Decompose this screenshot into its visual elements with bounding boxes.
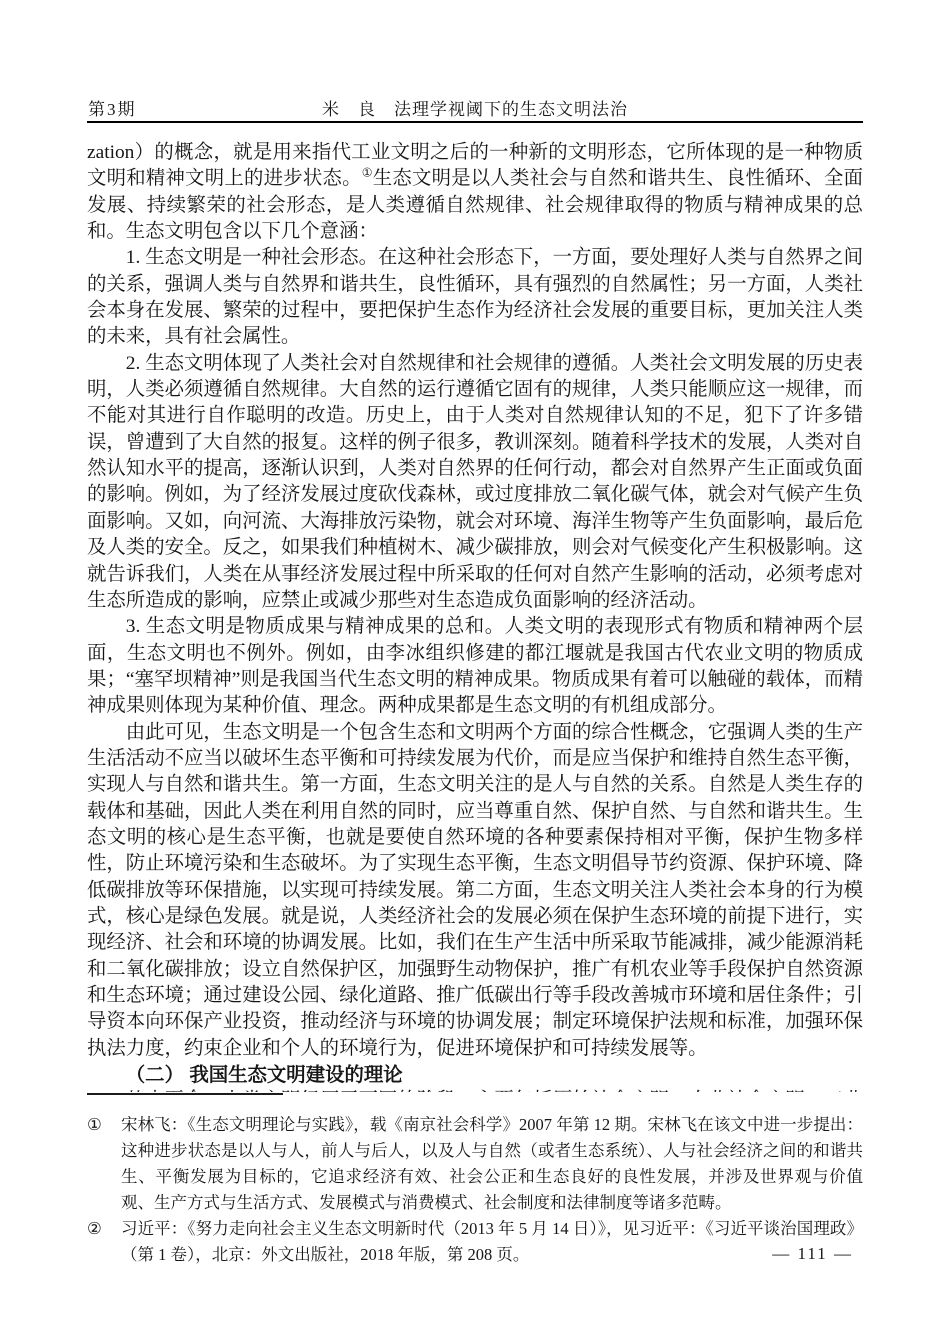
closing-paragraph: 从古至今，人类文明经历了不同的阶段，主要包括原始社会文明、农业社会文明、工业社会… bbox=[87, 1088, 863, 1092]
article-body: zation）的概念，就是用来指代工业文明之后的一种新的文明形态，它所体现的是一… bbox=[87, 140, 863, 1092]
running-head: 米 良 法理学视阈下的生态文明法治 bbox=[0, 95, 950, 120]
footnote-text: 宋林飞：《生态文明理论与实践》，载《南京社会科学》2007 年第 12 期。宋林… bbox=[121, 1112, 863, 1216]
paragraph-text: 从古至今，人类文明经历了不同的阶段，主要包括原始社会文明、农业社会文明、工业社会… bbox=[87, 1090, 863, 1092]
page-number: — 111 — bbox=[772, 1244, 853, 1264]
section-heading: （二） 我国生态文明建设的理论 bbox=[87, 1062, 863, 1088]
numbered-item-1: 1. 生态文明是一种社会形态。在这种社会形态下，一方面，要处理好人类与自然界之间… bbox=[87, 245, 863, 350]
footnote-ref-1: ① bbox=[362, 166, 373, 180]
footnote-marker: ① bbox=[87, 1112, 121, 1138]
numbered-item-3: 3. 生态文明是物质成果与精神成果的总和。人类文明的表现形式有物质和精神两个层面… bbox=[87, 614, 863, 719]
summary-paragraph: 由此可见，生态文明是一个包含生态和文明两个方面的综合性概念，它强调人类的生产生活… bbox=[87, 720, 863, 1062]
footnote-separator-rule bbox=[87, 1093, 283, 1095]
numbered-item-2: 2. 生态文明体现了人类社会对自然规律和社会规律的遵循。人类社会文明发展的历史表… bbox=[87, 351, 863, 614]
header-rule bbox=[87, 121, 863, 123]
footnote-marker: ② bbox=[87, 1216, 121, 1242]
document-page: 第3期 米 良 法理学视阈下的生态文明法治 zation）的概念，就是用来指代工… bbox=[0, 0, 950, 1344]
footnote-item-2: ② 习近平：《努力走向社会主义生态文明新时代（2013 年 5 月 14 日）》… bbox=[87, 1216, 863, 1268]
paragraph-continuation: zation）的概念，就是用来指代工业文明之后的一种新的文明形态，它所体现的是一… bbox=[87, 140, 863, 245]
footnote-text: 习近平：《努力走向社会主义生态文明新时代（2013 年 5 月 14 日）》，见… bbox=[121, 1216, 863, 1268]
footnote-item-1: ① 宋林飞：《生态文明理论与实践》，载《南京社会科学》2007 年第 12 期。… bbox=[87, 1112, 863, 1216]
footnotes-section: ① 宋林飞：《生态文明理论与实践》，载《南京社会科学》2007 年第 12 期。… bbox=[87, 1112, 863, 1268]
